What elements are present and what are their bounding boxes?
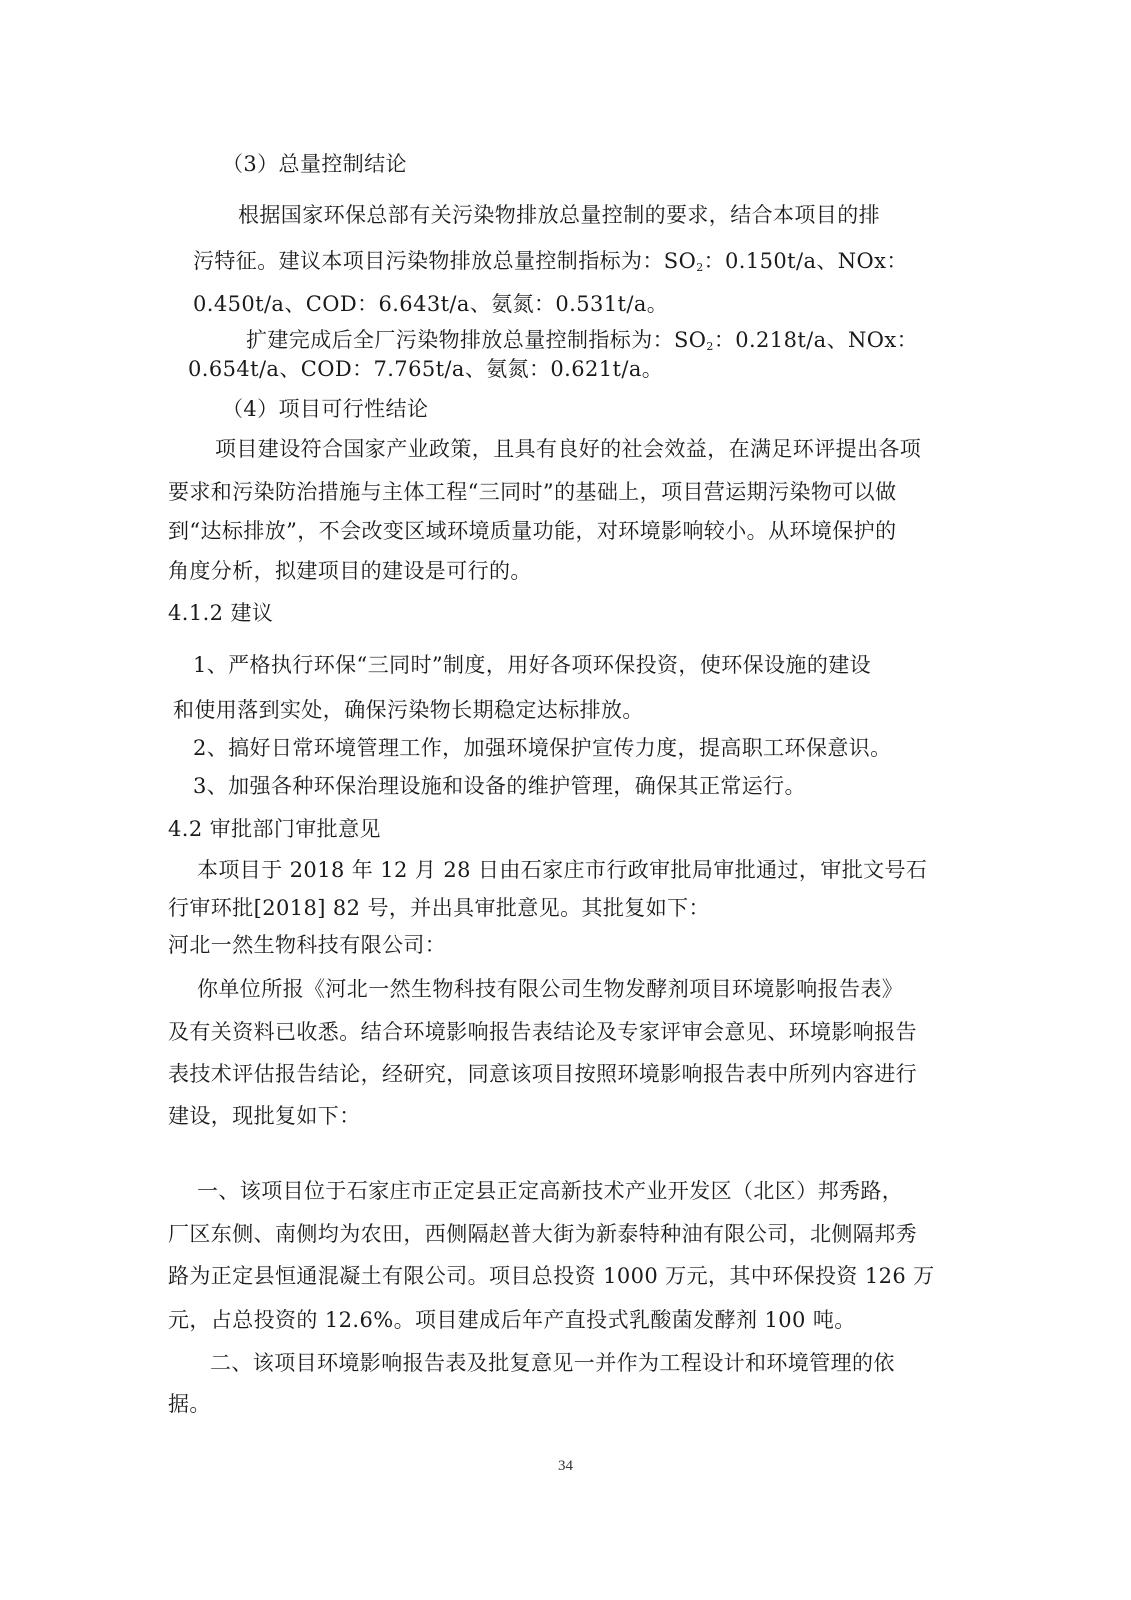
- paragraph-line: 厂区东侧、南侧均为农田，西侧隔赵普大街为新泰特种油有限公司，北侧隔邦秀: [168, 1220, 917, 1248]
- section-heading-suggestions: 4.1.2 建议: [168, 599, 273, 627]
- text: 污特征。建议本项目污染物排放总量控制指标为：SO: [193, 249, 696, 273]
- list-item: 2、搞好日常环境管理工作，加强环境保护宣传力度，提高职工环保意识。: [193, 734, 892, 762]
- section-heading-approval: 4.2 审批部门审批意见: [168, 815, 381, 843]
- paragraph-line: 据。: [168, 1390, 211, 1418]
- text: 扩建完成后全厂污染物排放总量控制指标为：SO: [246, 328, 706, 352]
- paragraph-line: 表技术评估报告结论，经研究，同意该项目按照环境影响报告表中所列内容进行: [168, 1060, 917, 1088]
- subscript: 2: [706, 340, 713, 353]
- paragraph-line: 0.450t/a、COD：6.643t/a、氨氮：0.531t/a。: [193, 290, 668, 318]
- paragraph-line: 角度分析，拟建项目的建设是可行的。: [168, 557, 532, 585]
- list-item: 3、加强各种环保治理设施和设备的维护管理，确保其正常运行。: [193, 772, 806, 800]
- paragraph-line: 元，占总投资的 12.6%。项目建成后年产直投式乳酸菌发酵剂 100 吨。: [168, 1306, 856, 1334]
- paragraph-line: 路为正定县恒通混凝土有限公司。项目总投资 1000 万元，其中环保投资 126 …: [168, 1262, 935, 1290]
- paragraph-line: 根据国家环保总部有关污染物排放总量控制的要求，结合本项目的排: [238, 201, 880, 229]
- list-item: 1、严格执行环保“三同时”制度，用好各项环保投资，使环保设施的建设: [193, 651, 871, 679]
- page-number: 34: [0, 1458, 1131, 1475]
- section-heading-total-control: （3）总量控制结论: [222, 150, 407, 178]
- paragraph-line: 0.654t/a、COD：7.765t/a、氨氮：0.621t/a。: [188, 355, 663, 383]
- subscript: 2: [696, 261, 703, 274]
- paragraph-line: 污特征。建议本项目污染物排放总量控制指标为：SO2：0.150t/a、NOx：: [193, 247, 908, 282]
- paragraph-line: 到“达标排放”，不会改变区域环境质量功能，对环境影响较小。从环境保护的: [168, 517, 896, 545]
- section-heading-feasibility: （4）项目可行性结论: [222, 395, 428, 423]
- paragraph-line: 及有关资料已收悉。结合环境影响报告表结论及专家评审会意见、环境影响报告: [168, 1018, 917, 1046]
- text: ：0.150t/a、NOx：: [704, 249, 908, 273]
- text: ：0.218t/a、NOx：: [714, 328, 918, 352]
- document-page: （3）总量控制结论 根据国家环保总部有关污染物排放总量控制的要求，结合本项目的排…: [0, 0, 1131, 1600]
- paragraph-line: 行审环批[2018] 82 号，并出具审批意见。其批复如下：: [168, 894, 710, 922]
- list-item: 和使用落到实处，确保污染物长期稳定达标排放。: [173, 696, 644, 724]
- paragraph-line: 二、该项目环境影响报告表及批复意见一并作为工程设计和环境管理的依: [210, 1349, 895, 1377]
- addressee: 河北一然生物科技有限公司：: [168, 931, 446, 959]
- paragraph-line: 你单位所报《河北一然生物科技有限公司生物发酵剂项目环境影响报告表》: [197, 975, 903, 1003]
- paragraph-line: 本项目于 2018 年 12 月 28 日由石家庄市行政审批局审批通过，审批文号…: [197, 856, 927, 884]
- paragraph-line: 项目建设符合国家产业政策，且具有良好的社会效益，在满足环评提出各项: [215, 435, 921, 463]
- paragraph-line: 一、该项目位于石家庄市正定县正定高新技术产业开发区（北区）邦秀路，: [197, 1177, 903, 1205]
- paragraph-line: 要求和污染防治措施与主体工程“三同时”的基础上，项目营运期污染物可以做: [168, 478, 896, 506]
- paragraph-line: 建设，现批复如下：: [168, 1102, 361, 1130]
